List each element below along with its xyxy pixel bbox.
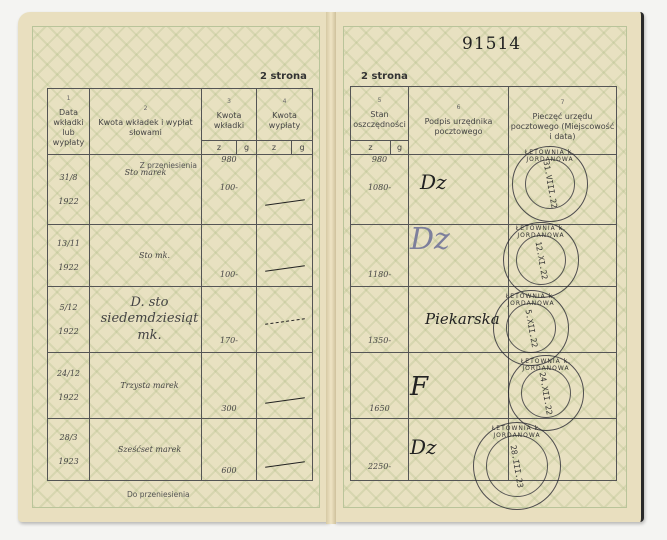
subheader-grosz: g [237, 141, 257, 155]
right-page-label: 2 strona [361, 71, 408, 82]
column-header-signature: 6Podpis urzędnika pocztowego [409, 87, 509, 155]
subheader-zloty: z [351, 141, 391, 155]
postmark-stamp: ŁETOWNIA k. JORDANOWA5.XII.22 [493, 290, 569, 366]
date-cell: 13/111922 [48, 225, 90, 287]
subheader-zloty: z [202, 141, 237, 155]
subheader-grosz: g [292, 141, 313, 155]
words-cell: Sześćset marek [90, 419, 202, 481]
postmark-stamp: ŁETOWNIA k. JORDANOWA28.III.23 [473, 422, 561, 510]
date-cell: 31/81922 [48, 155, 90, 225]
clerk-signature: Dz [420, 170, 447, 194]
balance-cell: 1650 [351, 353, 409, 419]
left-ledger-table: 1Data wkładki lub wypłaty 2Kwota wkładek… [47, 88, 313, 501]
column-header-words: 2Kwota wkładek i wypłat słowami [90, 89, 202, 155]
postmark-stamp: ŁETOWNIA k. JORDANOWA12.XI.22 [503, 222, 579, 298]
withdrawal-cell [257, 353, 313, 419]
clerk-signature: Dz [410, 435, 437, 459]
words-cell: Z przeniesieniaSto marek [90, 155, 202, 225]
column-header-balance: 5Stan oszczędności [351, 87, 409, 141]
left-page-label: 2 strona [260, 71, 307, 82]
serial-number: 91514 [462, 34, 521, 54]
column-header-withdrawal: 4Kwota wypłaty [257, 89, 313, 141]
column-header-stamp: 7Pieczęć urzędu pocztowego (Miejscowość … [509, 87, 617, 155]
table-row: 31/81922 Z przeniesieniaSto marek 980100… [48, 155, 313, 225]
postmark-stamp: ŁETOWNIA k. JORDANOWA24.XII.22 [508, 355, 584, 431]
deposit-cell: 170- [202, 287, 257, 353]
column-header-date: 1Data wkładki lub wypłaty [48, 89, 90, 155]
header-row: 1Data wkładki lub wypłaty 2Kwota wkładek… [48, 89, 313, 141]
table-row: 24/121922 Trzysta marek 300 [48, 353, 313, 419]
deposit-cell: 100- [202, 225, 257, 287]
balance-cell: 1180- [351, 225, 409, 287]
balance-cell: 9801080- [351, 155, 409, 225]
deposit-cell: 980100- [202, 155, 257, 225]
carry-forward-label: Do przeniesienia [127, 490, 190, 499]
date-cell: 24/121922 [48, 353, 90, 419]
subheader-zloty: z [257, 141, 292, 155]
words-cell: Trzysta marek [90, 353, 202, 419]
withdrawal-cell [257, 155, 313, 225]
balance-cell: 2250- [351, 419, 409, 481]
clerk-signature: Piekarska [425, 310, 500, 328]
date-cell: 5/121922 [48, 287, 90, 353]
postmark-stamp: ŁETOWNIA k. JORDANOWA31.VIII.22 [512, 146, 588, 222]
right-ledger-table: 5Stan oszczędności 6Podpis urzędnika poc… [350, 86, 617, 481]
header-row: 5Stan oszczędności 6Podpis urzędnika poc… [351, 87, 617, 141]
deposit-cell: 300 [202, 353, 257, 419]
table-row: 5/121922 D. sto siedemdziesiąt mk. 170- [48, 287, 313, 353]
balance-cell: 1350- [351, 287, 409, 353]
withdrawal-cell [257, 225, 313, 287]
book-spine [326, 12, 336, 524]
column-header-deposit: 3Kwota wkładki [202, 89, 257, 141]
clerk-signature: F [410, 372, 428, 402]
withdrawal-cell [257, 287, 313, 353]
clerk-signature-pencil: Dz [410, 222, 450, 257]
words-cell: D. sto siedemdziesiąt mk. [90, 287, 202, 353]
deposit-cell: 600 [202, 419, 257, 481]
words-cell: Sto mk. [90, 225, 202, 287]
withdrawal-cell [257, 419, 313, 481]
table-row: 28/31923 Sześćset marek 600 [48, 419, 313, 481]
date-cell: 28/31923 [48, 419, 90, 481]
table-row: 13/111922 Sto mk. 100- [48, 225, 313, 287]
subheader-grosz: g [391, 141, 409, 155]
